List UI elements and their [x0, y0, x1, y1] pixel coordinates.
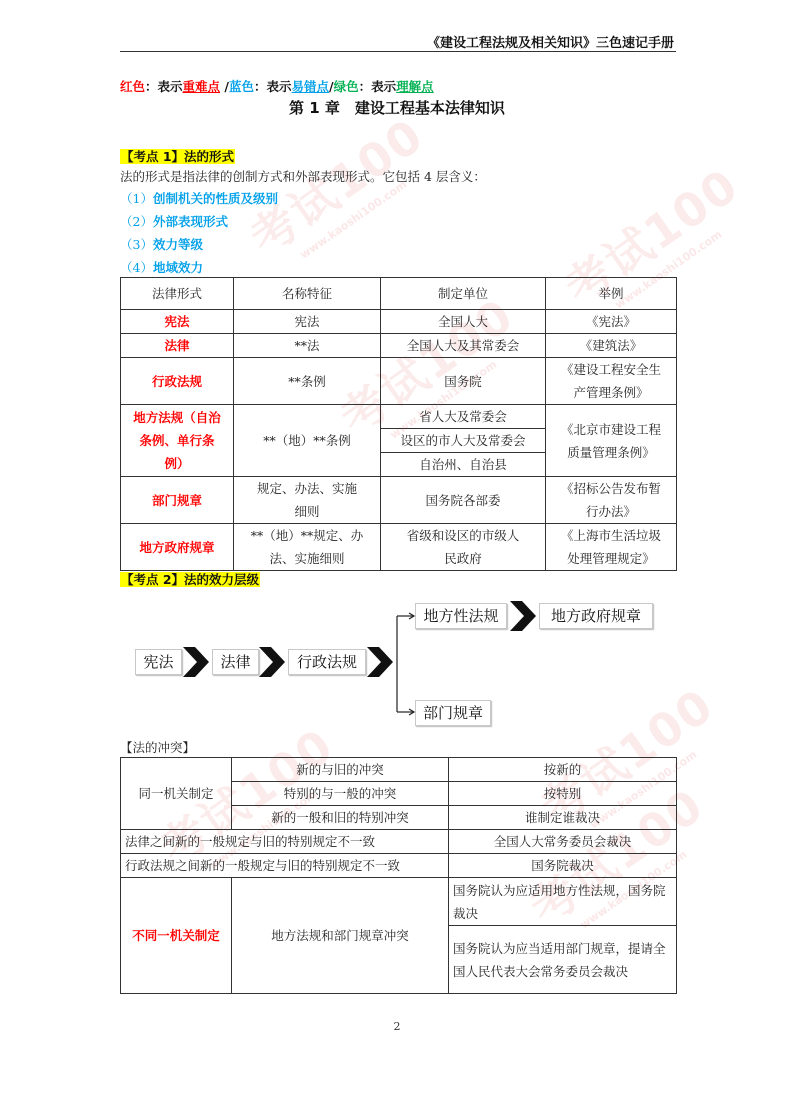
section-1-heading-wrap: 【考点 1】法的形式	[120, 146, 235, 165]
section-2-heading: 【考点 2】法的效力层级	[120, 572, 260, 587]
table-row: 地方法规（自治条例、单行条例） **（地）**条例 省人大及常委会 《北京市建设…	[121, 405, 677, 429]
table-row: 部门规章 规定、办法、实施细则 国务院各部委 《招标公告发布暂行办法》	[121, 477, 677, 524]
list-item: （4）地域效力	[120, 258, 203, 276]
chapter-title: 第 1 章 建设工程基本法律知识	[0, 97, 794, 118]
table-row: 法律 **法 全国人大及其常委会 《建筑法》	[121, 334, 677, 358]
header-divider	[120, 51, 676, 52]
table-row: 行政法规 **条例 国务院 《建设工程安全生产管理条例》	[121, 358, 677, 405]
flow-node-local-regulation: 地方性法规	[415, 603, 507, 629]
flow-node-admin-regulation: 行政法规	[288, 649, 366, 675]
page-number: 2	[0, 1020, 794, 1033]
flow-node-law: 法律	[212, 649, 259, 675]
list-item: （1）创制机关的性质及级别	[120, 189, 278, 207]
color-legend: 红色：表示重难点 /蓝色：表示易错点/绿色：表示理解点	[120, 77, 434, 95]
table-row: 宪法 宪法 全国人大 《宪法》	[121, 310, 677, 334]
running-header-title: 《建设工程法规及相关知识》三色速记手册	[427, 32, 674, 51]
law-forms-table: 法律形式 名称特征 制定单位 举例 宪法 宪法 全国人大 《宪法》 法律 **法…	[120, 277, 677, 571]
column-header: 制定单位	[381, 278, 546, 310]
flow-node-dept-rule: 部门规章	[415, 700, 491, 726]
section-1-intro: 法的形式是指法律的创制方式和外部表现形式。它包括 4 层含义：	[120, 167, 486, 185]
conflict-heading: 【法的冲突】	[120, 738, 195, 756]
section-2-heading-wrap: 【考点 2】法的效力层级	[120, 569, 260, 588]
column-header: 名称特征	[234, 278, 381, 310]
law-conflict-table: 同一机关制定 新的与旧的冲突 按新的 特别的与一般的冲突 按特别 新的一般和旧的…	[120, 757, 677, 994]
table-row: 不同一机关制定 地方法规和部门规章冲突 国务院认为应适用地方性法规，国务院裁决	[121, 878, 677, 926]
flow-node-local-gov-rule: 地方政府规章	[539, 603, 653, 629]
table-row: 法律之间新的一般规定与旧的特别规定不一致 全国人大常务委员会裁决	[121, 830, 677, 854]
list-item: （3）效力等级	[120, 235, 203, 253]
section-1-heading: 【考点 1】法的形式	[120, 149, 235, 164]
table-row: 地方政府规章 **（地）**规定、办法、实施细则 省级和设区的市级人民政府 《上…	[121, 524, 677, 571]
column-header: 法律形式	[121, 278, 234, 310]
flow-node-constitution: 宪法	[135, 649, 182, 675]
column-header: 举例	[546, 278, 677, 310]
table-header-row: 法律形式 名称特征 制定单位 举例	[121, 278, 677, 310]
table-row: 同一机关制定 新的与旧的冲突 按新的	[121, 758, 677, 782]
table-row: 行政法规之间新的一般规定与旧的特别规定不一致 国务院裁决	[121, 854, 677, 878]
list-item: （2）外部表现形式	[120, 212, 228, 230]
